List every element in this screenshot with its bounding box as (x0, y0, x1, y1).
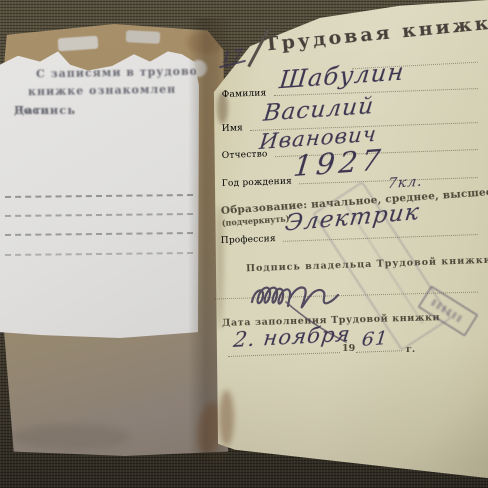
ruled-line (5, 232, 193, 236)
handwritten-birthyear: 1927 (292, 143, 386, 183)
field-label: Имя (222, 123, 243, 134)
column-signature: Роспись (14, 103, 76, 117)
torn-paper-remnant (126, 30, 161, 44)
field-label: Профессия (221, 234, 276, 246)
ruled-line (5, 252, 193, 256)
field-label: Фамилия (222, 88, 267, 100)
labor-book-photo: С записями в трудовой книжке ознакомлен … (0, 0, 488, 488)
torn-paper-remnant (58, 36, 99, 52)
ruled-line (5, 213, 193, 217)
owner-signature (244, 268, 360, 350)
ruled-line (5, 194, 193, 198)
handwritten-education: 7кл. (387, 174, 424, 192)
stain (219, 390, 234, 446)
sheet-stamp-line1: С записями в трудовой (36, 65, 207, 81)
pasted-sheet: С записями в трудовой книжке ознакомлен … (0, 44, 200, 338)
handwritten-date-year: 61 (361, 327, 390, 351)
sheet-stamp-line2: книжке ознакомлен (28, 83, 176, 99)
stain (10, 424, 130, 450)
